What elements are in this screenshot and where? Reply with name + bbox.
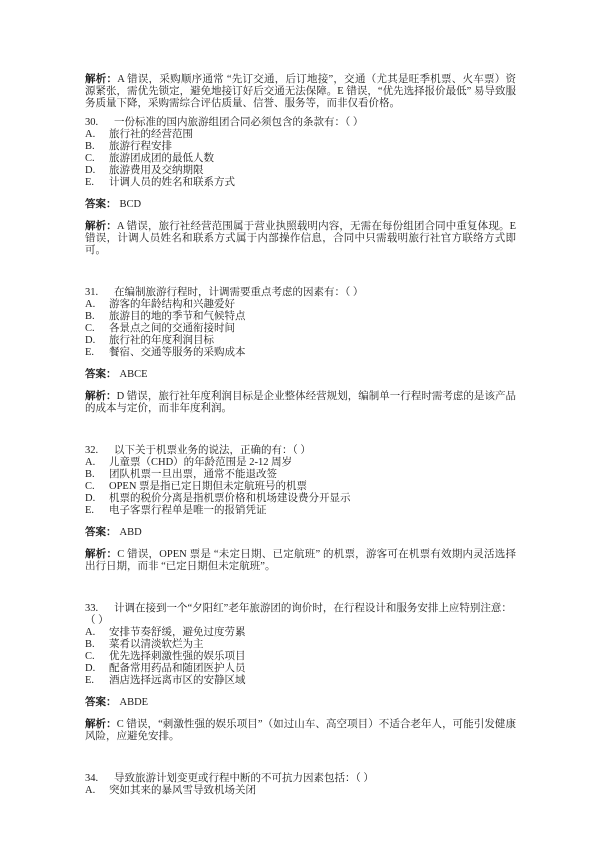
option-text: 机票的税价分离是指机票价格和机场建设费分开显示 xyxy=(109,493,351,504)
option-row: D.旅行社的年度利润目标 xyxy=(85,335,516,347)
option-key: B. xyxy=(85,469,109,481)
question-stem-line: 31.在编制旅游行程时，计调需要重点考虑的因素有：（ ） xyxy=(85,287,516,299)
option-key: D. xyxy=(85,663,109,675)
question-number: 32. xyxy=(85,445,114,457)
option-text: 游客的年龄结构和兴趣爱好 xyxy=(109,299,235,310)
analysis-label: 解析： xyxy=(85,73,117,85)
question-stem: 以下关于机票业务的说法，正确的有：（ ） xyxy=(114,445,311,456)
exam-document-page: 解析：A 错误，采购顺序通常 “先订交通，后订地接”，交通（尤其是旺季机票、火车… xyxy=(0,0,600,849)
analysis-label: 解析： xyxy=(85,220,117,232)
option-key: D. xyxy=(85,335,109,347)
option-text: 旅行社的经营范围 xyxy=(109,129,193,140)
option-text: 旅游团成团的最低人数 xyxy=(109,153,214,164)
option-key: C. xyxy=(85,481,109,493)
question-stem: 在编制旅游行程时，计调需要重点考虑的因素有：（ ） xyxy=(114,287,363,298)
option-row: D.配备常用药品和随团医护人员 xyxy=(85,663,516,675)
option-row: A.儿童票（CHD）的年龄范围是 2-12 周岁 xyxy=(85,457,516,469)
question-number: 34. xyxy=(85,773,114,785)
option-key: E. xyxy=(85,505,109,517)
answer-label: 答案： xyxy=(85,198,117,210)
answer-value: ABD xyxy=(120,527,142,538)
option-text: 电子客票行程单是唯一的报销凭证 xyxy=(109,505,267,516)
answer-label: 答案： xyxy=(85,696,117,708)
analysis-label: 解析： xyxy=(85,718,117,730)
answer-value: ABDE xyxy=(120,697,149,708)
option-key: C. xyxy=(85,651,109,663)
option-text: 计调人员的姓名和联系方式 xyxy=(109,177,235,188)
option-row: B.旅游目的地的季节和气候特点 xyxy=(85,311,516,323)
option-row: A.旅行社的经营范围 xyxy=(85,129,516,141)
option-row: B.旅游行程安排 xyxy=(85,141,516,153)
option-key: B. xyxy=(85,311,109,323)
question-number: 33. xyxy=(85,603,114,615)
question-stem: 计调在接到一个“夕阳红”老年旅游团的询价时，在行程设计和服务安排上应特别注意：（… xyxy=(85,603,512,626)
option-row: E.电子客票行程单是唯一的报销凭证 xyxy=(85,505,516,517)
option-text: 餐宿、交通等服务的采购成本 xyxy=(109,347,246,358)
analysis-text: D 错误，旅行社年度利润目标是企业整体经营规划，编制单一行程时需考虑的是该产品的… xyxy=(85,391,516,414)
answer-line: 答案：ABCE xyxy=(85,368,516,381)
question-stem-line: 34.导致旅游计划变更或行程中断的不可抗力因素包括：（ ） xyxy=(85,773,516,785)
option-key: D. xyxy=(85,493,109,505)
question-stem-line: 32.以下关于机票业务的说法，正确的有：（ ） xyxy=(85,445,516,457)
option-key: D. xyxy=(85,165,109,177)
option-text: 各景点之间的交通衔接时间 xyxy=(109,323,235,334)
option-text: 配备常用药品和随团医护人员 xyxy=(109,663,246,674)
question-block-34: 34.导致旅游计划变更或行程中断的不可抗力因素包括：（ ） A.突如其来的暴风雪… xyxy=(85,773,516,797)
option-text: 安排节奏舒缓，避免过度劳累 xyxy=(109,627,246,638)
option-row: D.机票的税价分离是指机票价格和机场建设费分开显示 xyxy=(85,493,516,505)
option-text: 突如其来的暴风雪导致机场关闭 xyxy=(109,785,256,796)
option-key: B. xyxy=(85,141,109,153)
analysis-paragraph: 解析：C 错误，“刺激性强的娱乐项目”（如过山车、高空项目）不适合老年人，可能引… xyxy=(85,718,516,743)
option-text: 旅游行程安排 xyxy=(109,141,172,152)
analysis-label: 解析： xyxy=(85,390,117,402)
option-row: B.团队机票一旦出票，通常不能退改签 xyxy=(85,469,516,481)
option-key: A. xyxy=(85,627,109,639)
option-key: C. xyxy=(85,323,109,335)
option-row: C.OPEN 票是指已定日期但未定航班号的机票 xyxy=(85,481,516,493)
question-number: 31. xyxy=(85,287,114,299)
answer-line: 答案：ABDE xyxy=(85,696,516,709)
analysis-paragraph: 解析：D 错误，旅行社年度利润目标是企业整体经营规划，编制单一行程时需考虑的是该… xyxy=(85,390,516,415)
option-key: A. xyxy=(85,129,109,141)
answer-label: 答案： xyxy=(85,526,117,538)
option-row: B.菜肴以清淡软烂为主 xyxy=(85,639,516,651)
option-text: 旅游费用及交纳期限 xyxy=(109,165,204,176)
option-text: 旅游目的地的季节和气候特点 xyxy=(109,311,246,322)
option-row: C.各景点之间的交通衔接时间 xyxy=(85,323,516,335)
option-text: 旅行社的年度利润目标 xyxy=(109,335,214,346)
analysis-text: C 错误，OPEN 票是 “未定日期、已定航班” 的机票，游客可在机票有效期内灵… xyxy=(85,549,516,572)
option-row: E.计调人员的姓名和联系方式 xyxy=(85,177,516,189)
answer-value: BCD xyxy=(120,199,142,210)
option-key: C. xyxy=(85,153,109,165)
option-key: E. xyxy=(85,177,109,189)
intro-analysis-paragraph: 解析：A 错误，采购顺序通常 “先订交通，后订地接”，交通（尤其是旺季机票、火车… xyxy=(85,73,516,110)
analysis-paragraph: 解析：C 错误，OPEN 票是 “未定日期、已定航班” 的机票，游客可在机票有效… xyxy=(85,548,516,573)
option-key: E. xyxy=(85,347,109,359)
question-block-30: 30.一份标准的国内旅游组团合同必须包含的条款有：（ ） A.旅行社的经营范围 … xyxy=(85,117,516,257)
option-text: OPEN 票是指已定日期但未定航班号的机票 xyxy=(109,481,307,492)
option-text: 儿童票（CHD）的年龄范围是 2-12 周岁 xyxy=(109,457,292,468)
analysis-text: C 错误，“刺激性强的娱乐项目”（如过山车、高空项目）不适合老年人，可能引发健康… xyxy=(85,719,516,742)
option-text: 优先选择刺激性强的娱乐项目 xyxy=(109,651,246,662)
question-stem: 导致旅游计划变更或行程中断的不可抗力因素包括：（ ） xyxy=(114,773,374,784)
option-key: A. xyxy=(85,299,109,311)
question-block-33: 33.计调在接到一个“夕阳红”老年旅游团的询价时，在行程设计和服务安排上应特别注… xyxy=(85,603,516,743)
question-block-32: 32.以下关于机票业务的说法，正确的有：（ ） A.儿童票（CHD）的年龄范围是… xyxy=(85,445,516,573)
question-number: 30. xyxy=(85,117,114,129)
option-row: A.安排节奏舒缓，避免过度劳累 xyxy=(85,627,516,639)
answer-line: 答案：ABD xyxy=(85,526,516,539)
analysis-text: A 错误，采购顺序通常 “先订交通，后订地接”，交通（尤其是旺季机票、火车票）资… xyxy=(85,74,516,109)
option-key: E. xyxy=(85,675,109,687)
question-stem-line: 33.计调在接到一个“夕阳红”老年旅游团的询价时，在行程设计和服务安排上应特别注… xyxy=(85,603,516,627)
question-block-31: 31.在编制旅游行程时，计调需要重点考虑的因素有：（ ） A.游客的年龄结构和兴… xyxy=(85,287,516,415)
question-stem: 一份标准的国内旅游组团合同必须包含的条款有：（ ） xyxy=(114,117,363,128)
option-key: A. xyxy=(85,785,109,797)
option-row: E.酒店选择远离市区的安静区域 xyxy=(85,675,516,687)
option-text: 菜肴以清淡软烂为主 xyxy=(109,639,204,650)
option-row: C.优先选择刺激性强的娱乐项目 xyxy=(85,651,516,663)
analysis-label: 解析： xyxy=(85,548,117,560)
analysis-text: A 错误，旅行社经营范围属于营业执照载明内容，无需在每份组团合同中重复体现。E … xyxy=(85,221,516,256)
option-row: A.突如其来的暴风雪导致机场关闭 xyxy=(85,785,516,797)
option-row: D.旅游费用及交纳期限 xyxy=(85,165,516,177)
option-text: 团队机票一旦出票，通常不能退改签 xyxy=(109,469,277,480)
answer-label: 答案： xyxy=(85,368,117,380)
option-key: A. xyxy=(85,457,109,469)
question-stem-line: 30.一份标准的国内旅游组团合同必须包含的条款有：（ ） xyxy=(85,117,516,129)
option-row: E.餐宿、交通等服务的采购成本 xyxy=(85,347,516,359)
analysis-paragraph: 解析：A 错误，旅行社经营范围属于营业执照载明内容，无需在每份组团合同中重复体现… xyxy=(85,220,516,257)
option-row: C.旅游团成团的最低人数 xyxy=(85,153,516,165)
answer-line: 答案：BCD xyxy=(85,198,516,211)
option-text: 酒店选择远离市区的安静区域 xyxy=(109,675,246,686)
answer-value: ABCE xyxy=(120,369,148,380)
option-row: A.游客的年龄结构和兴趣爱好 xyxy=(85,299,516,311)
option-key: B. xyxy=(85,639,109,651)
